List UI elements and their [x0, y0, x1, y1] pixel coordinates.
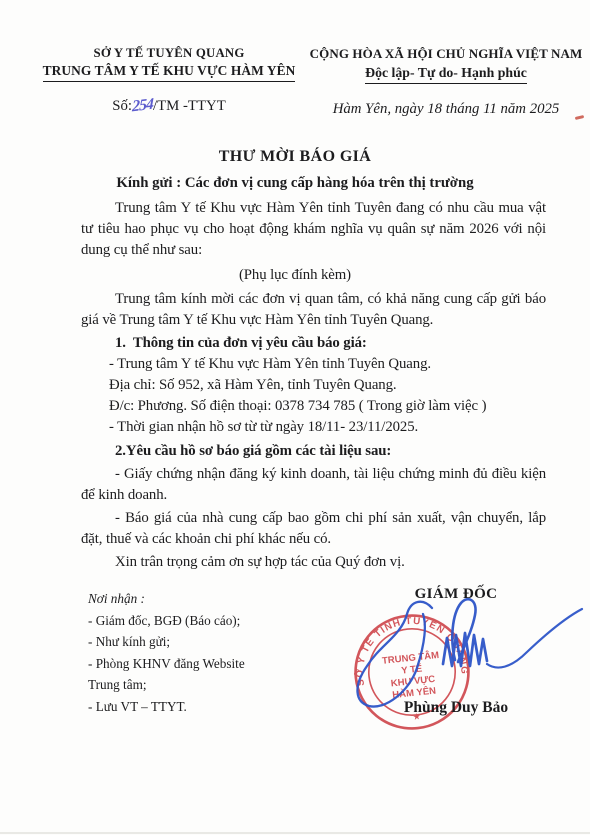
issuer-block: SỞ Y TẾ TUYÊN QUANG TRUNG TÂM Y TẾ KHU V…	[40, 46, 298, 118]
issuer-parent-org: SỞ Y TẾ TUYÊN QUANG	[40, 46, 298, 61]
national-name: CỘNG HÒA XÃ HỘI CHỦ NGHĨA VIỆT NAM	[308, 46, 584, 62]
closing-line: Xin trân trọng cảm ơn sự hợp tác của Quý…	[81, 552, 546, 573]
paragraph-invitation: Trung tâm kính mời các đơn vị quan tâm, …	[81, 289, 546, 331]
recipients-label: Nơi nhận :	[88, 588, 245, 610]
section1-item-org: - Trung tâm Y tế Khu vực Hàm Yên tỉnh Tu…	[81, 354, 546, 375]
section1-item-phone: Đ/c: Phương. Số điện thoại: 0378 734 785…	[81, 396, 546, 417]
letter-body: Trung tâm Y tế Khu vực Hàm Yên tỉnh Tuyê…	[0, 198, 590, 573]
recipients-block: Nơi nhận : - Giám đốc, BGĐ (Báo cáo); - …	[88, 588, 245, 717]
doc-number-handwritten: 254	[132, 96, 153, 117]
section1-heading: 1. Thông tin của đơn vị yêu cầu báo giá:	[81, 333, 546, 354]
scan-page-edge	[0, 832, 590, 834]
paragraph-intro: Trung tâm Y tế Khu vực Hàm Yên tỉnh Tuyê…	[81, 198, 546, 261]
red-pen-mark	[575, 115, 584, 120]
doc-number-suffix: /TM -TTYT	[153, 98, 226, 114]
national-header-block: CỘNG HÒA XÃ HỘI CHỦ NGHĨA VIỆT NAM Độc l…	[308, 46, 584, 118]
place-dateline: Hàm Yên, ngày 18 tháng 11 năm 2025	[308, 101, 584, 118]
section1-item-address: Địa chỉ: Số 952, xã Hàm Yên, tỉnh Tuyên …	[81, 375, 546, 396]
recipient-item: - Như kính gửi;	[88, 631, 245, 653]
doc-number: Số:254/TM -TTYT	[40, 97, 298, 115]
signature-stroke-loop	[357, 602, 432, 707]
issuer-org-name: TRUNG TÂM Y TẾ KHU VỰC HÀM YÊN	[43, 63, 296, 82]
letter-header: SỞ Y TẾ TUYÊN QUANG TRUNG TÂM Y TẾ KHU V…	[0, 46, 590, 118]
doc-number-label: Số:	[112, 98, 132, 114]
recipient-item: Trung tâm;	[88, 674, 245, 696]
signature-stroke-scribble	[443, 633, 487, 666]
salutation-line: Kính gửi : Các đơn vị cung cấp hàng hóa …	[0, 175, 590, 192]
appendix-note: (Phụ lục đính kèm)	[0, 265, 590, 286]
signature-stroke-tail	[487, 609, 582, 668]
scanned-letter-page: SỞ Y TẾ TUYÊN QUANG TRUNG TÂM Y TẾ KHU V…	[0, 0, 590, 835]
letter-title: THƯ MỜI BÁO GIÁ	[0, 148, 590, 166]
section1-item-deadline: - Thời gian nhận hồ sơ từ từ ngày 18/11-…	[81, 417, 546, 438]
signer-name: Phùng Duy Bảo	[340, 699, 572, 717]
section2-heading: 2.Yêu cầu hồ sơ báo giá gồm các tài liệu…	[81, 441, 546, 462]
section2-item-license: - Giấy chứng nhận đăng ký kinh doanh, tà…	[81, 464, 546, 506]
recipient-item: - Giám đốc, BGĐ (Báo cáo);	[88, 610, 245, 632]
recipient-item: - Lưu VT – TTYT.	[88, 696, 245, 718]
section2-item-quote: - Báo giá của nhà cung cấp bao gồm chi p…	[81, 508, 546, 550]
recipient-item: - Phòng KHNV đăng Website	[88, 653, 245, 675]
national-motto: Độc lập- Tự do- Hạnh phúc	[365, 65, 527, 84]
